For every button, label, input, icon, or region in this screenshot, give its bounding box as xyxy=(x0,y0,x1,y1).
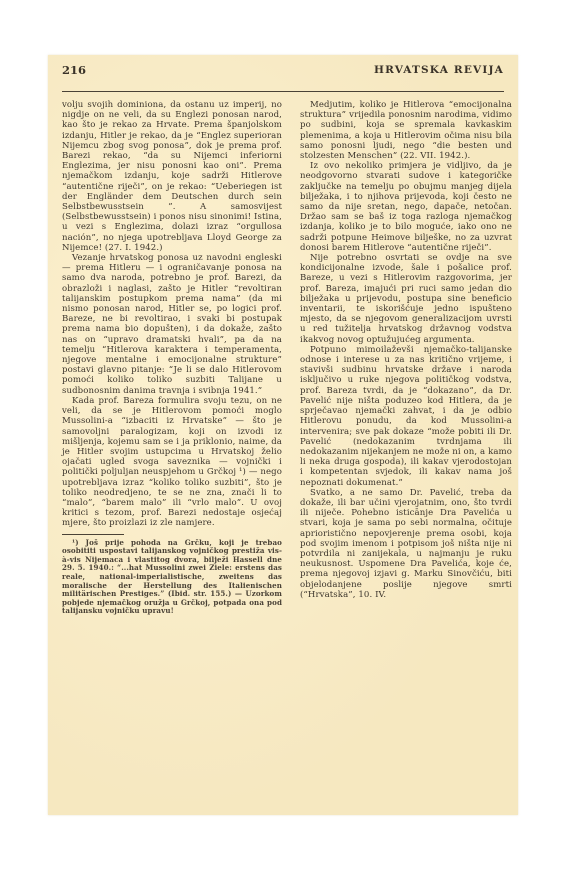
paragraph: Nije potrebno osvrtati se ovdje na sve k… xyxy=(300,253,512,345)
page-number: 216 xyxy=(62,63,86,77)
paragraph: Potpuno mimoilaževši njemačko-talijanske… xyxy=(300,345,512,488)
footnote: ¹) Još prije pohoda na Grčku, koji je tr… xyxy=(62,539,282,616)
paragraph: Iz ovo nekoliko primjera je vidljivo, da… xyxy=(300,161,512,253)
journal-title: HRVATSKA REVIJA xyxy=(374,64,504,76)
paragraph: Vezanje hrvatskog ponosa uz navodni engl… xyxy=(62,253,282,396)
paragraph: Kada prof. Bareza formulira svoju tezu, … xyxy=(62,396,282,529)
journal-page: 216 HRVATSKA REVIJA volju svojih dominio… xyxy=(48,55,518,815)
page-header: 216 HRVATSKA REVIJA xyxy=(62,61,504,81)
right-column: Medjutim, koliko je Hitlerova “emocijona… xyxy=(300,100,512,600)
paragraph: Medjutim, koliko je Hitlerova “emocijona… xyxy=(300,100,512,161)
paragraph: volju svojih dominiona, da ostanu uz imp… xyxy=(62,100,282,253)
paragraph: Svatko, a ne samo Dr. Pavelić, treba da … xyxy=(300,488,512,600)
left-column: volju svojih dominiona, da ostanu uz imp… xyxy=(62,100,282,616)
footnote-rule xyxy=(62,534,124,535)
header-rule xyxy=(62,91,504,92)
